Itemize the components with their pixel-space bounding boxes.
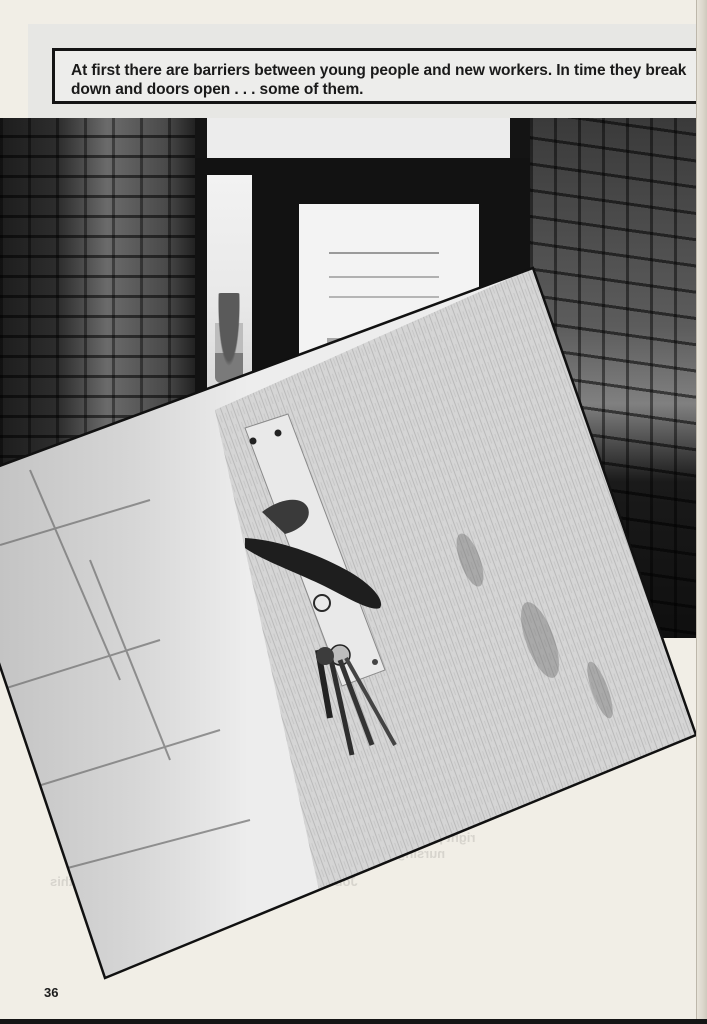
show-through-text: came to me the <box>330 648 425 663</box>
show-through-text: right people, then the class, the group <box>240 830 475 845</box>
brick-wall-right <box>530 118 697 638</box>
page-number: 36 <box>44 985 58 1000</box>
show-through-text: Job-thinking does not stop at the last p… <box>50 874 358 889</box>
side-window <box>207 175 252 390</box>
document-page: At first there are barriers between youn… <box>0 0 707 1024</box>
person-figure <box>215 293 243 383</box>
show-through-text: nursing their fear, frustration and <box>240 846 445 861</box>
transom-light <box>207 118 510 158</box>
caption-text: At first there are barriers between youn… <box>71 51 698 99</box>
scan-edge <box>0 1019 707 1024</box>
corridor-photo <box>0 118 697 638</box>
page-binding-edge <box>696 0 707 1024</box>
brick-wall-left <box>0 118 195 638</box>
show-through-text: Youth Centre <box>420 716 501 731</box>
caption-box: At first there are barriers between youn… <box>52 48 701 104</box>
door-poster <box>299 204 479 414</box>
